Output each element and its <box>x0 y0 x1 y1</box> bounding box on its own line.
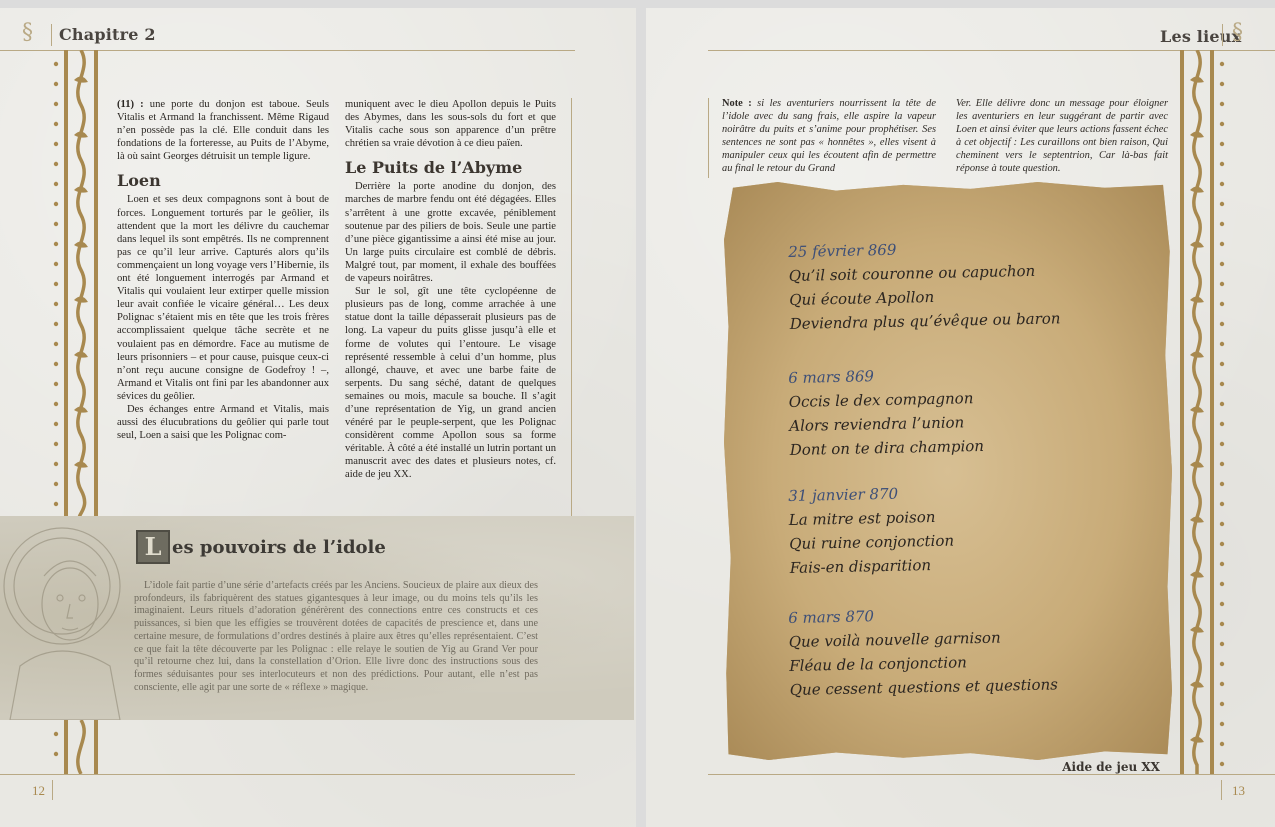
note-paragraph: Note : si les aventuriers nourrissent la… <box>722 97 936 176</box>
verse-line: Que cessent questions et questions <box>790 672 1059 702</box>
body-paragraph: Sur le sol, gît une tête cyclopéenne de … <box>345 285 556 481</box>
body-paragraph: Loen et ses deux compagnons sont à bout … <box>117 193 329 403</box>
page-number-right: 13 <box>1232 783 1245 799</box>
section-heading-loen: Loen <box>117 171 329 191</box>
manuscript-entry: 6 mars 870 Que voilà nouvelle garnison F… <box>788 600 1058 702</box>
verse-line: Qui ruine conjonction <box>789 529 954 556</box>
entry-date: 31 janvier 870 <box>788 481 953 508</box>
manuscript-entry: 31 janvier 870 La mitre est poison Qui r… <box>788 481 955 580</box>
left-page: § Chapitre 2 (11) : une porte du donjon … <box>0 8 636 827</box>
text-column-2: muniquent avec le dieu Apollon depuis le… <box>345 98 556 482</box>
body-paragraph: Des échanges entre Armand et Vitalis, ma… <box>117 403 329 442</box>
chapter-title: Chapitre 2 <box>59 25 156 44</box>
section-title-header: Les lieux <box>1160 27 1241 46</box>
sidebar-title: L es pouvoirs de l’idole <box>136 530 386 564</box>
section-heading-puits: Le Puits de l’Abyme <box>345 158 556 178</box>
sidebar-title-text: es pouvoirs de l’idole <box>172 537 386 558</box>
header-divider <box>1222 24 1223 46</box>
manuscript-entry: 6 mars 869 Occis le dex compagnon Alors … <box>788 362 984 462</box>
note-column-2: Ver. Elle délivre donc un message pour é… <box>956 97 1168 176</box>
text-column-1: (11) : une porte du donjon est taboue. S… <box>117 98 329 442</box>
ornamental-border-icon <box>1176 50 1220 774</box>
sidebar-paragraph: L’idole fait partie d’une série d’artefa… <box>134 580 538 694</box>
note-column-1: Note : si les aventuriers nourrissent la… <box>722 97 936 176</box>
footer-divider <box>1221 780 1222 800</box>
ornamental-border-bottom-icon <box>52 720 96 774</box>
verse-line: La mitre est poison <box>789 505 954 532</box>
verse-line: Fais-en disparition <box>790 553 955 580</box>
dragon-emblem-icon: § <box>1232 20 1243 45</box>
footer-rule <box>0 774 575 775</box>
game-aid-caption: Aide de jeu XX <box>1062 760 1160 774</box>
verse-line: Dont on te dira champion <box>790 434 985 462</box>
column-rule <box>571 98 572 518</box>
manuscript-parchment: 25 février 869 Qu’il soit couronne ou ca… <box>724 182 1172 760</box>
footer-rule <box>708 774 1275 775</box>
sidebar-text: L’idole fait partie d’une série d’artefa… <box>134 580 538 694</box>
note-paragraph: Ver. Elle délivre donc un message pour é… <box>956 97 1168 176</box>
idol-portrait-icon <box>0 516 130 720</box>
column-rule <box>708 98 709 178</box>
dragon-emblem-icon: § <box>22 20 33 45</box>
footer-divider <box>52 780 53 800</box>
illuminated-dropcap: L <box>136 530 170 564</box>
page-number-left: 12 <box>32 783 45 799</box>
verse-line: Deviendra plus qu’évêque ou baron <box>790 306 1061 336</box>
intro-paragraph: (11) : une porte du donjon est taboue. S… <box>117 98 329 163</box>
ornamental-border-icon <box>52 50 96 520</box>
header-divider <box>51 24 52 46</box>
continuation-paragraph: muniquent avec le dieu Apollon depuis le… <box>345 98 556 150</box>
manuscript-entry: 25 février 869 Qu’il soit couronne ou ca… <box>788 234 1061 336</box>
sidebar-box-idol-powers: L es pouvoirs de l’idole L’idole fait pa… <box>0 516 634 720</box>
body-paragraph: Derrière la porte anodine du donjon, des… <box>345 180 556 285</box>
